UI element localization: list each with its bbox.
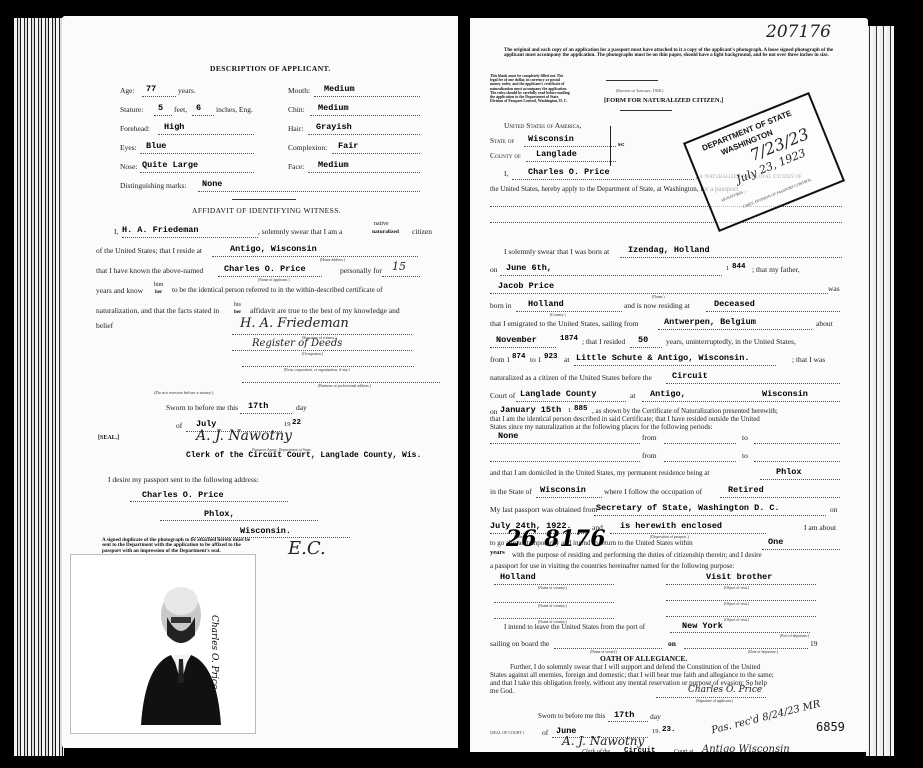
edition-note: (Edition of January, 1920.) (616, 88, 663, 93)
about-label: about (816, 319, 833, 328)
domicile-residence: Phlox (776, 467, 802, 477)
clerk-of-the: Clerk of the (582, 749, 610, 752)
abroad-to-1: to (742, 433, 748, 442)
domicile-state: Wisconsin (540, 485, 586, 495)
purpose-caption-3: (Object of visit.) (724, 618, 749, 622)
court-type: Circuit (672, 371, 708, 381)
department-of-state-stamp: DEPARTMENT OF STATE WASHINGTON 7/23/23 J… (683, 92, 845, 232)
name-caption: (Name.) (652, 295, 665, 299)
application-applicant: Charles O. Price (528, 167, 610, 177)
emigration-month: November (496, 335, 537, 345)
jurat-sworn-prefix: Sworn to before me this (538, 712, 605, 720)
page-edges-right (866, 26, 894, 756)
seal-label: [SEAL.] (98, 435, 119, 441)
his-option: his (234, 302, 241, 308)
abroad-place-1: None (498, 431, 518, 441)
file-number: 207176 (766, 22, 831, 42)
witness-signature: H. A. Friedeman (240, 316, 349, 331)
court-county: Langlade County (520, 389, 597, 399)
oath-text-2: States against all enemies, foreign and … (490, 671, 774, 679)
from-label: from 1 (490, 355, 510, 364)
witness-address: Antigo, Wisconsin (230, 244, 317, 254)
port-caption: (Port of departure.) (780, 634, 809, 638)
witness-occupation: Register of Deeds (252, 338, 342, 349)
purpose-caption-2: (Object of visit.) (724, 602, 749, 606)
father-text: ; that my father, (752, 265, 800, 274)
affidavit-known: that I have known the above-named (96, 266, 203, 275)
emigration-port: Antwerpen, Belgium (664, 317, 756, 327)
was-label: was (828, 284, 840, 293)
purpose-1: Visit brother (706, 572, 772, 582)
sworn-of: of (176, 421, 182, 430)
purpose-text: with the purpose of residing and perform… (512, 551, 762, 559)
forehead-value: High (164, 122, 184, 132)
court-location: Antigo Wisconsin (702, 744, 790, 752)
birth-prefix: I solemnly swear that I was born at (504, 247, 609, 256)
face-value: Medium (318, 160, 349, 170)
residence-place: Little Schute & Antigo, Wisconsin. (576, 353, 749, 363)
nat-year: 885 (574, 405, 588, 413)
emigration-prefix: that I emigrated to the United States, s… (490, 319, 639, 328)
mouth-value: Medium (324, 84, 355, 94)
forehead-label: Forehead: (120, 124, 150, 133)
mailing-line-3: Wisconsin. (240, 526, 291, 536)
side-note: This blank must be completely filled out… (490, 74, 570, 103)
mailing-line-1: Charles O. Price (142, 490, 224, 500)
clerk-title: Clerk of the Circuit Court, Langlade Cou… (186, 451, 421, 460)
abroad-to-2: to (742, 451, 748, 460)
stamp-line-3: SIGNATURES ... (721, 189, 748, 203)
emigration-year: 1874 (560, 335, 578, 343)
affidavit-title: AFFIDAVIT OF IDENTIFYING WITNESS. (192, 206, 341, 215)
feet-label: feet, (174, 105, 187, 114)
stature-inches: 6 (196, 103, 201, 113)
applicant-name: Charles O. Price (224, 264, 306, 274)
occupation-prefix: where I follow the occupation of (604, 487, 702, 496)
jurat-clerk-signature: A. J. Nawotny (562, 734, 644, 748)
applicant-photograph: Charles O. Price (70, 554, 256, 734)
domicile-state-prefix: in the State of (490, 487, 532, 496)
oath-title: OATH OF ALLEGIANCE. (600, 654, 687, 663)
abroad-from-1: from (642, 433, 657, 442)
jurat-day-label: day (650, 712, 661, 721)
abroad-from-2: from (642, 451, 657, 460)
occupation-caption: (Occupation.) (302, 352, 323, 356)
him-option: him (154, 282, 163, 288)
her-option-2: her (234, 310, 241, 315)
affidavit-citizen: citizen (412, 227, 432, 236)
nat-year-prefix: 1 (568, 407, 571, 414)
application-i: I, (504, 169, 508, 178)
to-label: to 1 (530, 355, 541, 364)
from-year: 874 (512, 353, 526, 361)
stature-feet: 5 (158, 103, 163, 113)
jurat-seal-label: [SEAL OF COURT.] (490, 730, 524, 735)
departure-port: New York (682, 621, 723, 631)
departure-on: on (668, 639, 676, 648)
i-am-about: I am about (804, 523, 836, 532)
naturalization-prefix: naturalized as a citizen of the United S… (490, 373, 652, 382)
venue-state: Wisconsin (528, 134, 574, 144)
sworn-day-label: day (296, 403, 307, 412)
header-note: The original and each copy of an applica… (504, 48, 854, 59)
venue-country: United States of America, (504, 121, 582, 130)
face-label: Face: (288, 162, 304, 171)
court-at-label: at (630, 391, 635, 400)
handwritten-number: 26 8176 (506, 526, 606, 552)
chin-label: Chin: (288, 105, 305, 114)
chin-value: Medium (318, 103, 349, 113)
that-i-was: ; that I was (792, 355, 825, 364)
residing-label: and is now residing at (624, 301, 690, 310)
affidavit-identical: to be the identical person referred to i… (172, 286, 383, 294)
affidavit-true: affidavit are true to the best of my kno… (250, 306, 400, 315)
affidavit-know: years and know (96, 286, 143, 295)
complexion-value: Fair (338, 141, 358, 151)
page-edges-left (14, 18, 64, 756)
portrait-icon (71, 555, 257, 735)
complexion-label: Complexion: (288, 143, 327, 152)
country-caption: (Country.) (550, 313, 566, 317)
nat-date: January 15th (500, 405, 561, 415)
birth-on: on (490, 265, 498, 274)
father-residence: Deceased (714, 299, 755, 309)
departure-prefix: I intend to leave the United States from… (504, 623, 645, 631)
affidavit-i: I, (114, 227, 118, 236)
years-known: 15 (392, 260, 406, 273)
eyes-value: Blue (146, 141, 166, 151)
hair-value: Grayish (316, 122, 352, 132)
resided-text: ; that I resided (582, 337, 625, 346)
affidavit-facts: naturalization, and that the facts state… (96, 306, 219, 315)
right-page: 207176 The original and each copy of an … (470, 18, 868, 752)
identical-text: that I am the identical person described… (490, 415, 760, 423)
court-at: Court at (674, 749, 694, 752)
received-annotation: Pas. rec'd 8/24/23 MR (710, 699, 821, 737)
venue-county: Langlade (536, 149, 577, 159)
return-within: One (768, 537, 783, 547)
notary-warning: (Do not execute before a notary.) (154, 390, 213, 395)
birth-year-prefix: 1 (726, 265, 729, 272)
to-year: 923 (544, 353, 558, 361)
sworn-year-prefix: 19 (284, 421, 291, 428)
since-text: States since my naturalization at the fo… (490, 423, 713, 431)
court-state: Wisconsin (762, 389, 808, 399)
photo-signature: Charles O. Price (209, 615, 219, 689)
father-country: Holland (528, 299, 564, 309)
birth-date: June 6th, (506, 263, 552, 273)
oath-text-1: Further, I do solemnly swear that I will… (510, 663, 760, 671)
clerk-signature: A. J. Nawotny (196, 428, 292, 444)
father-name: Jacob Price (498, 281, 554, 291)
months-years: years (490, 549, 505, 556)
applicant-signature-caption: (Signature of applicant.) (696, 699, 733, 703)
affidavit-reside: of the United States; that I reside at (96, 246, 202, 255)
inches-label: inches, Eng. (216, 105, 253, 114)
purpose-caption-1: (Object of visit.) (724, 586, 749, 590)
firm-caption: (Firm, corporation, or organization, if … (284, 368, 350, 372)
domicile-prefix: and that I am domiciled in the United St… (490, 469, 709, 477)
native-option: native (374, 221, 389, 227)
stature-label: Stature: (120, 105, 143, 114)
mailing-line-2: Phlox, (204, 509, 235, 519)
sworn-day: 17th (248, 401, 268, 411)
left-page: DESCRIPTION OF APPLICANT. Age: 77 years.… (62, 16, 458, 748)
description-title: DESCRIPTION OF APPLICANT. (210, 64, 331, 73)
distinguishing-label: Distinguishing marks: (120, 181, 186, 190)
last-passport-on: on (830, 505, 838, 514)
venue-county-label: County of (490, 151, 521, 160)
passport-disposition: is herewith enclosed (620, 521, 722, 531)
shown-text: , as shown by the Certificate of Natural… (592, 407, 778, 415)
hair-label: Hair: (288, 124, 303, 133)
country-caption-2: (Name of country.) (538, 604, 567, 608)
age-value: 77 (146, 84, 156, 94)
mouth-label: Mouth: (288, 86, 310, 95)
sailing-prefix: sailing on board the (490, 639, 549, 648)
age-label: Age: (120, 86, 135, 95)
court-city: Antigo, (650, 389, 686, 399)
stamp-line-4: CHIEF, DIVISION OF PASSPORT CONTROL (743, 178, 812, 209)
sworn-year: 22 (292, 419, 301, 427)
applicant-signature: Charles O. Price (688, 685, 762, 695)
jurat-of: of (542, 728, 548, 737)
home-address-caption: (Home address.) (320, 258, 345, 262)
affidavit-personally: personally for (340, 266, 382, 275)
book-spread: DESCRIPTION OF APPLICANT. Age: 77 years.… (0, 0, 923, 768)
last-passport-source: Secretary of State, Washington D. C. (596, 503, 780, 513)
distinguishing-value: None (202, 179, 222, 189)
photo-note: A signed duplicate of the photograph to … (102, 538, 256, 554)
affidavit-swear: , solemnly swear that I am a (258, 227, 342, 236)
nose-value: Quite Large (142, 160, 198, 170)
jurat-day: 17th (614, 710, 634, 720)
applicant-caption: (Name of applicant.) (258, 278, 290, 282)
jurat-court: Circuit (624, 747, 656, 752)
at-label: at (564, 355, 569, 364)
years-text: years, uninterruptedly, in the United St… (666, 337, 796, 346)
naturalized-option: naturalized (372, 229, 399, 235)
birthplace: Izendag, Holland (628, 245, 710, 255)
applicant-occupation: Retired (728, 485, 764, 495)
last-passport-prefix: My last passport was obtained from (490, 505, 597, 514)
age-unit: years. (178, 86, 196, 95)
affidavit-belief: belief (96, 321, 113, 330)
witness-name: H. A. Friedeman (122, 225, 199, 235)
venue-ss: ss: (618, 142, 625, 148)
visit-text: a passport for use in visiting the count… (490, 562, 734, 570)
nose-label: Nose: (120, 162, 138, 171)
jurat-year: 23. (662, 726, 676, 734)
stamp-number: 6859 (816, 720, 845, 734)
business-caption: (Business or professional address.) (318, 384, 371, 388)
jurat-year-prefix: 19. (652, 728, 660, 735)
born-in-label: born in (490, 301, 511, 310)
mailing-intro: I desire my passport sent to the followi… (108, 475, 259, 484)
her-option: her (155, 290, 162, 295)
eyes-label: Eyes: (120, 143, 137, 152)
clerk-initials: E.C. (288, 538, 326, 559)
country-1: Holland (500, 572, 536, 582)
venue-state-label: State of (490, 136, 514, 145)
form-title: [FORM FOR NATURALIZED CITIZEN.] (604, 97, 723, 104)
court-of-label: Court of (490, 391, 515, 400)
country-caption-1: (Name of country.) (538, 586, 567, 590)
departure-year-prefix: 19 (810, 639, 818, 648)
departure-date-caption: (Date of departure.) (748, 650, 778, 654)
birth-year: 844 (732, 263, 746, 271)
sworn-prefix: Sworn to before me this (166, 403, 238, 412)
oath-text-4: me God. (490, 687, 514, 695)
years-resided: 50 (638, 335, 648, 345)
